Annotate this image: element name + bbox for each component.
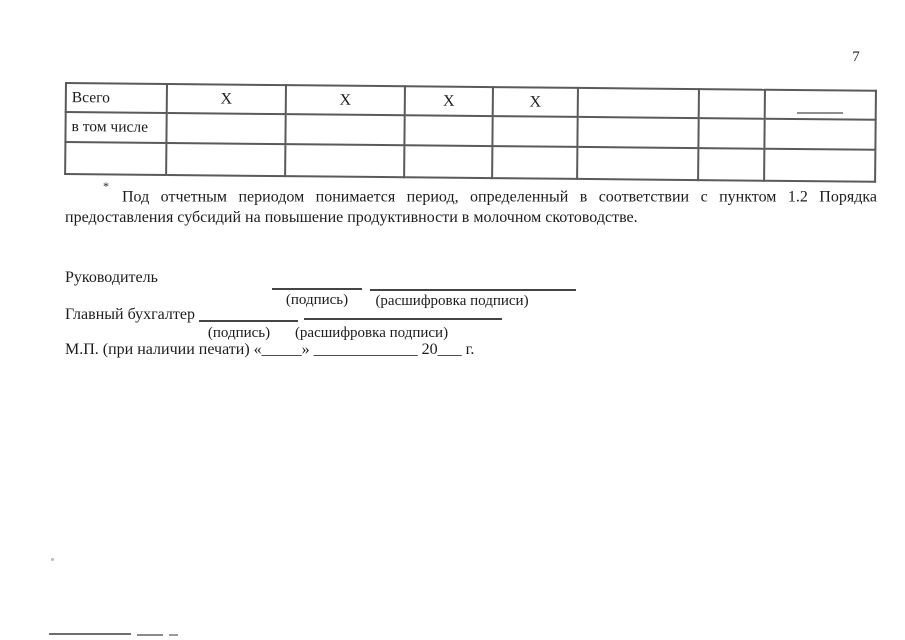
scan-artifact-line <box>169 634 178 636</box>
table-cell <box>65 142 166 175</box>
table-cell <box>764 149 875 182</box>
footnote: *Под отчетным периодом понимается период… <box>65 181 877 228</box>
accountant-sign-caption: (подпись) <box>193 325 285 342</box>
table-row-empty <box>65 142 875 182</box>
head-decrypt-caption: (расшифровка подписи) <box>366 293 538 310</box>
table-cell <box>285 114 404 145</box>
page-number: 7 <box>846 49 866 66</box>
footnote-line-2: предоставления субсидий на повышение про… <box>65 207 877 228</box>
table-cell <box>577 117 698 148</box>
table-cell: X <box>493 87 578 117</box>
scan-artifact-line <box>49 633 131 635</box>
footnote-marker: * <box>103 179 109 193</box>
table-cell: X <box>167 84 286 114</box>
table-cell <box>166 143 285 176</box>
table-cell: X <box>286 85 405 115</box>
head-sign-caption: (подпись) <box>268 292 366 309</box>
table-cell <box>285 144 404 177</box>
stamp-date-line: М.П. (при наличии печати) «_____» ______… <box>65 341 474 359</box>
report-table: Всего X X X X в том числе <box>64 82 875 183</box>
head-signature-label: Руководитель <box>65 269 158 287</box>
table-cell <box>404 115 492 146</box>
table-cell <box>764 119 875 150</box>
table-cell <box>577 147 698 180</box>
accountant-sign-line <box>199 320 298 322</box>
scan-artifact-line <box>137 634 163 636</box>
table-cell <box>166 113 285 144</box>
footnote-text-1: Под отчетным периодом понимается период,… <box>122 188 877 205</box>
table-cell <box>698 148 764 181</box>
accountant-name-line <box>304 318 502 320</box>
table-cell <box>404 145 492 178</box>
accountant-signature-label: Главный бухгалтер <box>65 306 195 324</box>
table-cell <box>492 116 577 147</box>
scan-artifact-speck <box>51 558 54 561</box>
table-cell <box>765 90 876 120</box>
table-cell-total-label: Всего <box>66 83 167 113</box>
table-cell <box>492 146 577 179</box>
footnote-line-1: *Под отчетным периодом понимается период… <box>65 181 877 207</box>
scan-artifact-line <box>797 112 843 114</box>
head-sign-line <box>272 288 362 290</box>
table-cell <box>699 89 765 119</box>
accountant-decrypt-caption: (расшифровка подписи) <box>284 325 459 342</box>
document-page: 7 Всего X X X X в том числе <box>0 0 905 640</box>
head-name-line <box>370 289 576 291</box>
table-cell <box>698 118 764 149</box>
table-cell <box>578 88 699 118</box>
table-cell-including-label: в том числе <box>65 112 166 143</box>
table-cell: X <box>405 86 493 116</box>
